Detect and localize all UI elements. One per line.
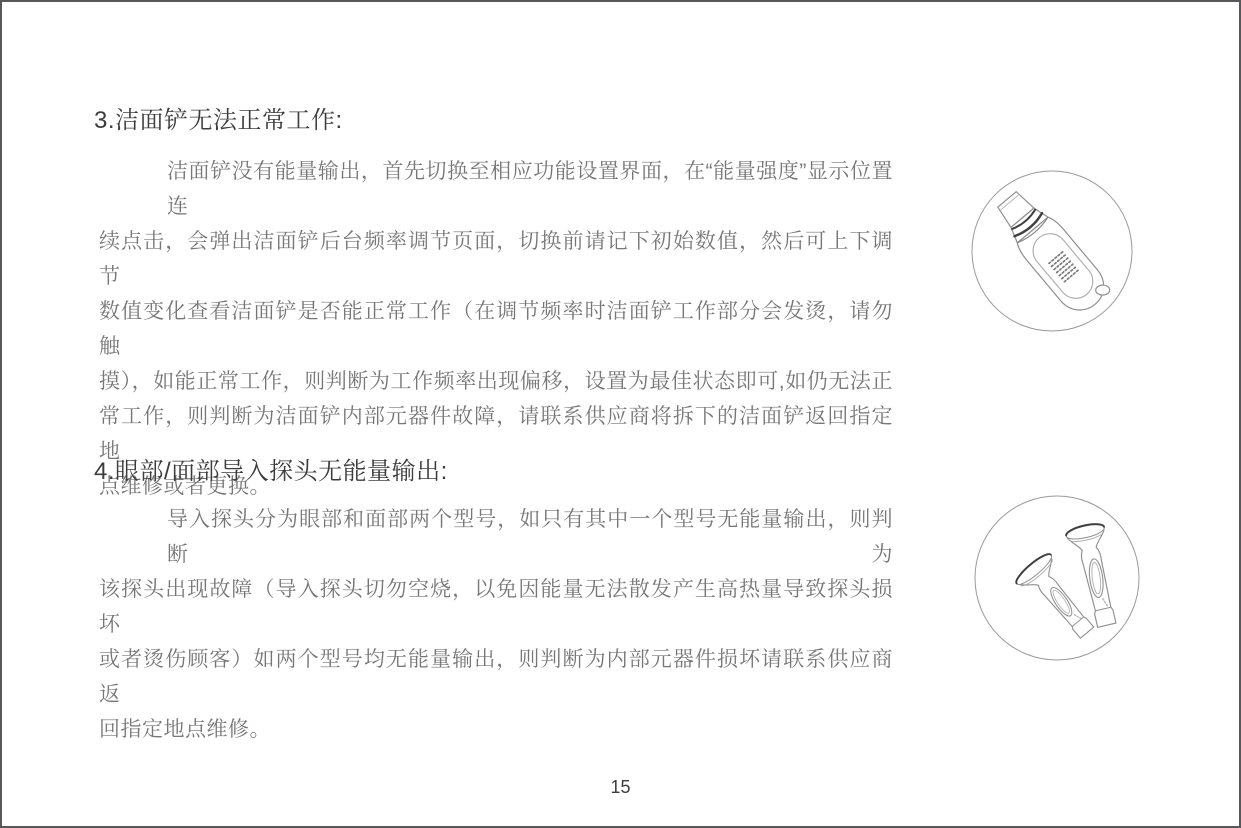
manual-page: 3.洁面铲无法正常工作: 洁面铲没有能量输出，首先切换至相应功能设置界面，在“能…: [0, 0, 1241, 828]
paragraph-line: 该探头出现故障（导入探头切勿空烧，以免因能量无法散发产生高热量导致探头损坏: [99, 572, 893, 642]
paragraph-line: 或者烫伤顾客）如两个型号均无能量输出，则判断为内部元器件损坏请联系供应商返: [99, 642, 893, 712]
skin-scrubber-illustration: [970, 169, 1134, 333]
paragraph-line: 回指定地点维修。: [99, 712, 893, 747]
section-3-paragraph: 洁面铲没有能量输出，首先切换至相应功能设置界面，在“能量强度”显示位置连 续点击…: [99, 154, 893, 504]
section-3-heading: 3.洁面铲无法正常工作:: [94, 105, 343, 137]
paragraph-line: 摸），如能正常工作，则判断为工作频率出现偏移，设置为最佳状态即可,如仍无法正: [99, 364, 893, 399]
page-number: 15: [2, 777, 1239, 798]
infusion-probes-illustration: [973, 494, 1141, 662]
paragraph-line: 续点击，会弹出洁面铲后台频率调节页面，切换前请记下初始数值，然后可上下调节: [99, 224, 893, 294]
section-4-paragraph: 导入探头分为眼部和面部两个型号，如只有其中一个型号无能量输出，则判断为 该探头出…: [99, 502, 893, 747]
paragraph-line: 数值变化查看洁面铲是否能正常工作（在调节频率时洁面铲工作部分会发烫，请勿触: [99, 294, 893, 364]
paragraph-line: 洁面铲没有能量输出，首先切换至相应功能设置界面，在“能量强度”显示位置连: [99, 154, 893, 224]
paragraph-line: 导入探头分为眼部和面部两个型号，如只有其中一个型号无能量输出，则判断为: [99, 502, 893, 572]
section-4-heading: 4.眼部/面部导入探头无能量输出:: [94, 456, 448, 488]
